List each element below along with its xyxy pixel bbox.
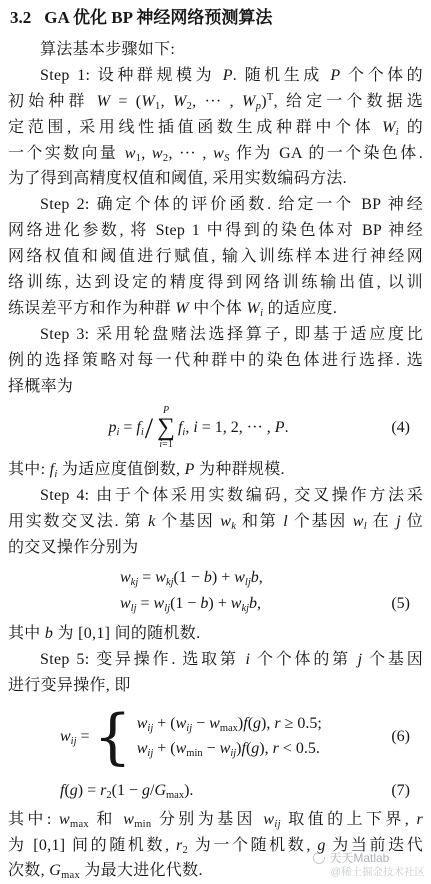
text-line: 初始种群 W = (W1, W2, ··· , Wp)T, 给定一个数据选 xyxy=(8,89,423,115)
section-title: GA 优化 BP 神经网络预测算法 xyxy=(44,7,272,29)
equation-tag: (7) xyxy=(391,782,410,800)
text-line: 其中 b 为 [0,1] 间的随机数. xyxy=(8,621,423,647)
page: { "page": {"background": "#ffffff", "ink… xyxy=(0,0,431,884)
watermark-logo-icon xyxy=(311,850,328,867)
watermark-brand: 天天Matlab xyxy=(313,851,425,865)
text-line: 其中: fi 为适应度值倒数, P 为种群规模. xyxy=(8,457,423,483)
document-page: 3.2 GA 优化 BP 神经网络预测算法 算法基本步骤如下:Step 1: 设… xyxy=(0,0,431,884)
watermark: 天天Matlab @稀土掘金技术社区 xyxy=(313,851,425,879)
watermark-subtitle: @稀土掘金技术社区 xyxy=(313,865,425,879)
text-line: 网络权值和阈值进行赋值, 输入训练样本进行神经网 xyxy=(8,244,423,270)
equation-5-math: wkj = wkj(1 − b) + wljb,wlj = wlj(1 − b)… xyxy=(8,569,263,613)
equation-tag: (4) xyxy=(391,419,410,437)
equation-4: pi = fi/P∑i=1fi, i = 1, 2, ··· , P.(4) xyxy=(8,399,423,457)
text-line: Step 3: 采用轮盘赌法选择算子, 即基于适应度比 xyxy=(8,322,423,348)
text-line: 定范围, 采用线性插值函数生成种群中个体 Wi 的 xyxy=(8,115,423,141)
equation-6-math: wij = {wij + (wij − wmax)f(g), r ≥ 0.5;w… xyxy=(8,707,322,767)
text-line: 一个实数向量 w1, w2, ··· , wS 作为 GA 的一个染色体. xyxy=(8,141,423,167)
text-line: 练误差平方和作为种群 W 中个体 Wi 的适应度. xyxy=(8,296,423,322)
text-line: 用实数交叉法. 第 k 个基因 wk 和第 l 个基因 wl 在 j 位 xyxy=(8,509,423,535)
text-line: 择概率为 xyxy=(8,374,423,400)
section-number: 3.2 xyxy=(10,7,31,29)
text-line: 例的选择策略对每一代种群中的染色体进行选择. 选 xyxy=(8,348,423,374)
body-text: 算法基本步骤如下:Step 1: 设种群规模为 P. 随机生成 P 个个体的初始… xyxy=(8,37,423,884)
text-line: 络训练, 达到设定的精度得到网络训练输出值, 以训 xyxy=(8,270,423,296)
text-line: 算法基本步骤如下: xyxy=(8,37,423,63)
equation-tag: (6) xyxy=(391,728,410,746)
equation-7: f(g) = r2(1 − g/Gmax).(7) xyxy=(8,775,423,807)
equation-7-math: f(g) = r2(1 − g/Gmax). xyxy=(8,782,193,800)
text-line: 其中: wmax 和 wmin 分别为基因 wij 取值的上下界, r xyxy=(8,807,423,833)
equation-5: wkj = wkj(1 − b) + wljb,wlj = wlj(1 − b)… xyxy=(8,561,423,621)
text-line: 网络进化参数, 将 Step 1 中得到的染色体对 BP 神经 xyxy=(8,218,423,244)
equation-6: wij = {wij + (wij − wmax)f(g), r ≥ 0.5;w… xyxy=(8,699,423,775)
text-line: Step 2: 确定个体的评价函数. 给定一个 BP 神经 xyxy=(8,192,423,218)
text-line: Step 5: 变异操作. 选取第 i 个个体的第 j 个基因 xyxy=(8,647,423,673)
section-heading: 3.2 GA 优化 BP 神经网络预测算法 xyxy=(8,5,423,37)
text-line: Step 1: 设种群规模为 P. 随机生成 P 个个体的 xyxy=(8,63,423,89)
equation-tag: (5) xyxy=(391,595,410,613)
text-line: Step 4: 由于个体采用实数编码, 交叉操作方法采 xyxy=(8,483,423,509)
equation-4-math: pi = fi/P∑i=1fi, i = 1, 2, ··· , P. xyxy=(108,406,288,450)
text-line: 的交叉操作分别为 xyxy=(8,535,423,561)
watermark-title: 天天Matlab xyxy=(329,851,389,865)
text-line: 为了得到高精度权值和阈值, 采用实数编码方法. xyxy=(8,166,423,192)
text-line: 进行变异操作, 即 xyxy=(8,673,423,699)
